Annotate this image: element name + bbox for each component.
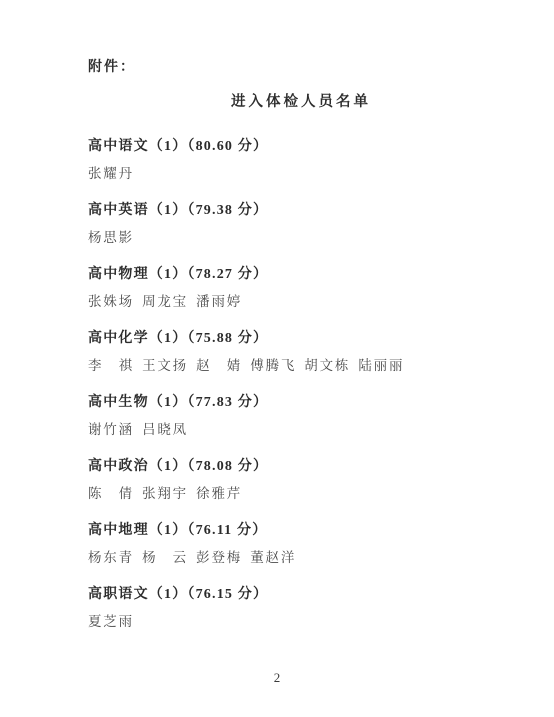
section-gaozhong-wuli: 高中物理（1）（78.27 分） 张姝场 周龙宝 潘雨婷 (88, 266, 504, 311)
section-names: 张姝场 周龙宝 潘雨婷 (88, 293, 504, 311)
section-names: 杨思影 (88, 229, 504, 247)
document-page: 附件： 进入体检人员名单 高中语文（1）（80.60 分） 张耀丹 高中英语（1… (0, 0, 554, 717)
section-gaozhong-zhengzhi: 高中政治（1）（78.08 分） 陈 倩 张翔宇 徐雅芹 (88, 458, 504, 503)
section-heading: 高中政治（1）（78.08 分） (88, 458, 504, 476)
section-heading: 高中化学（1）（75.88 分） (88, 330, 504, 348)
section-names: 李 祺 王文扬 赵 婧 傅腾飞 胡文栋 陆丽丽 (88, 357, 504, 375)
document-content: 附件： 进入体检人员名单 高中语文（1）（80.60 分） 张耀丹 高中英语（1… (88, 60, 504, 650)
section-gaozhong-yingyu: 高中英语（1）（79.38 分） 杨思影 (88, 202, 504, 247)
section-heading: 高中地理（1）（76.11 分） (88, 522, 504, 540)
section-gaozhong-dili: 高中地理（1）（76.11 分） 杨东青 杨 云 彭登梅 董赵洋 (88, 522, 504, 567)
section-heading: 高中英语（1）（79.38 分） (88, 202, 504, 220)
section-heading: 高中物理（1）（78.27 分） (88, 266, 504, 284)
document-title: 进入体检人员名单 (88, 93, 504, 111)
section-names: 陈 倩 张翔宇 徐雅芹 (88, 485, 504, 503)
section-names: 杨东青 杨 云 彭登梅 董赵洋 (88, 549, 504, 567)
section-names: 夏芝雨 (88, 613, 504, 631)
section-heading: 高中生物（1）（77.83 分） (88, 394, 504, 412)
section-heading: 高职语文（1）（76.15 分） (88, 586, 504, 604)
section-gaozhong-yuwen: 高中语文（1）（80.60 分） 张耀丹 (88, 138, 504, 183)
section-gaozhong-huaxue: 高中化学（1）（75.88 分） 李 祺 王文扬 赵 婧 傅腾飞 胡文栋 陆丽丽 (88, 330, 504, 375)
page-number: 2 (0, 670, 554, 686)
section-names: 谢竹涵 吕晓凤 (88, 421, 504, 439)
section-names: 张耀丹 (88, 165, 504, 183)
section-heading: 高中语文（1）（80.60 分） (88, 138, 504, 156)
section-gaozhong-shengwu: 高中生物（1）（77.83 分） 谢竹涵 吕晓凤 (88, 394, 504, 439)
attachment-label: 附件： (88, 60, 504, 76)
section-gaozhi-yuwen: 高职语文（1）（76.15 分） 夏芝雨 (88, 586, 504, 631)
section-list: 高中语文（1）（80.60 分） 张耀丹 高中英语（1）（79.38 分） 杨思… (88, 138, 504, 631)
